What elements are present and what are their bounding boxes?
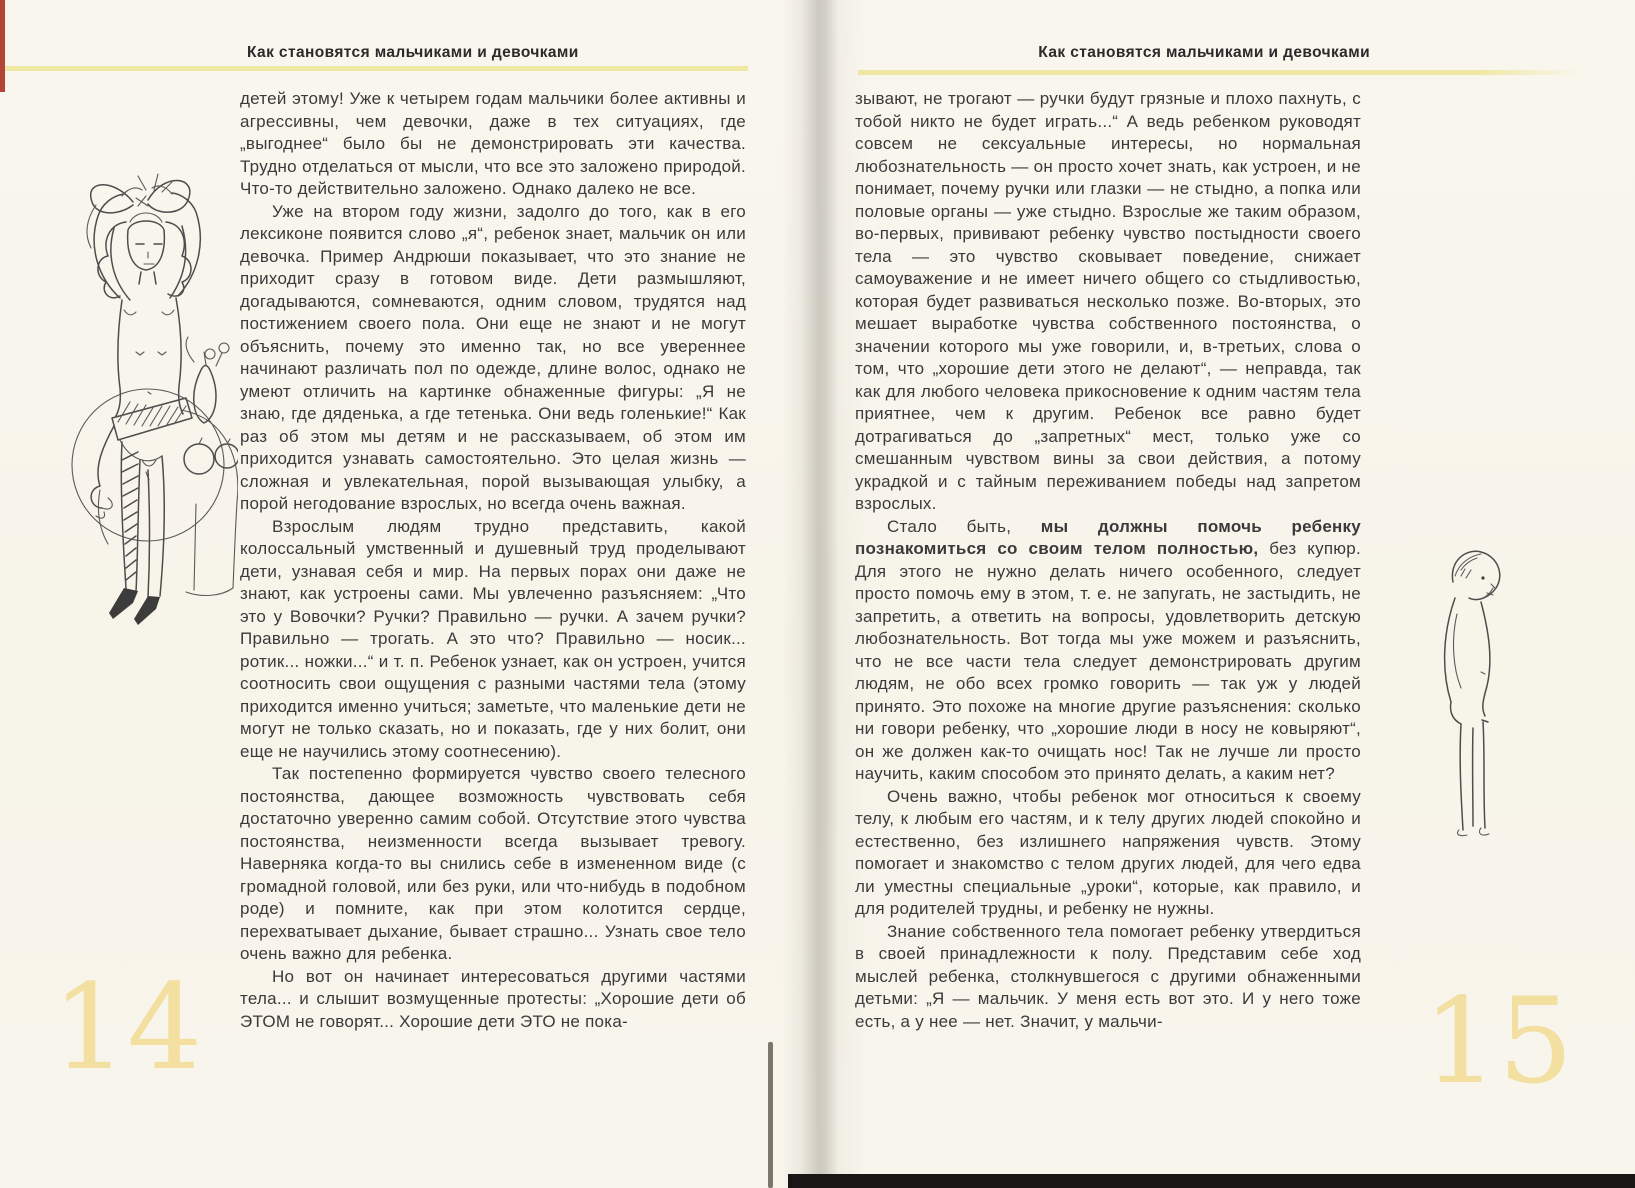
paragraph: Так постепенно формируется чувство своег… [240,763,746,966]
gutter-fold-line [768,1042,773,1188]
page-left: Как становятся мальчиками и девочками [0,0,790,1188]
paragraph: Стало быть, мы должны помочь ребенку поз… [855,516,1361,786]
paragraph: Но вот он начинает интересоваться другим… [240,966,746,1034]
paragraph: Знание собственного тела помогает ребенк… [855,921,1361,1034]
gutter-shadow [782,0,868,1188]
bottom-scan-bar [788,1174,1635,1188]
paragraph: Очень важно, чтобы ребенок мог относитьс… [855,786,1361,921]
right-text-column: зывают, не трогают — ручки будут грязные… [855,88,1361,1033]
header-rule-left [0,66,748,71]
page-right: Как становятся мальчиками и девочками [845,0,1635,1188]
boy-sketch-illustration [1425,540,1517,838]
page-number-left: 14 [52,968,202,1086]
book-spread: Как становятся мальчиками и девочками [0,0,1635,1188]
running-header-left: Как становятся мальчиками и девочками [247,44,579,62]
running-header-right: Как становятся мальчиками и девочками [855,44,1370,62]
paragraph: Уже на втором году жизни, задолго до тог… [240,201,746,516]
paragraph: Взрослым людям трудно представить, какой… [240,516,746,764]
paragraph: детей этому! Уже к четырем годам мальчик… [240,88,746,201]
page-number-right: 15 [1423,982,1573,1100]
paragraph: зывают, не трогают — ручки будут грязные… [855,88,1361,516]
girl-sketch-illustration [36,160,238,632]
red-edge-mark [0,0,5,92]
header-rule-right [858,70,1580,75]
left-text-column: детей этому! Уже к четырем годам мальчик… [240,88,746,1033]
